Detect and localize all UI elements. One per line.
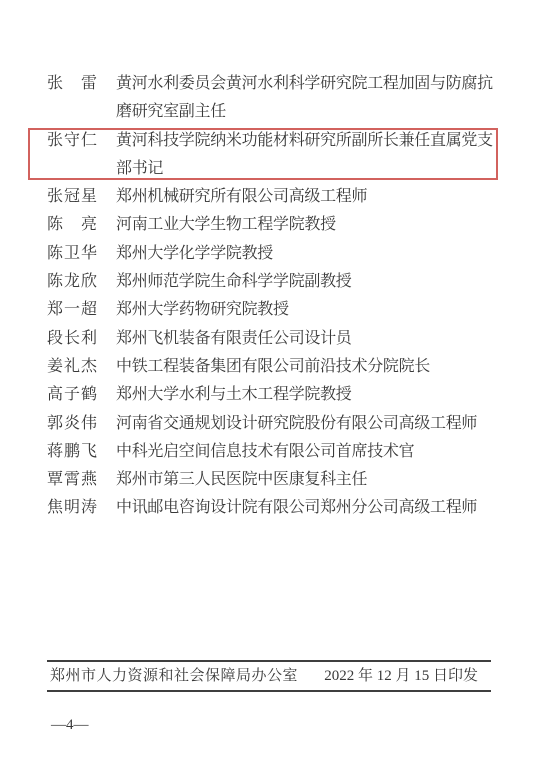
list-item: 段长利 郑州飞机装备有限责任公司设计员 <box>47 325 507 353</box>
name-char: 覃 <box>47 466 63 494</box>
person-name: 陈卫华 <box>47 240 97 268</box>
title-line: 黄河科技学院纳米功能材料研究所副所长兼任直属党支 <box>116 127 493 155</box>
name-char: 伟 <box>81 410 97 438</box>
title-line: 河南省交通规划设计研究院股份有限公司高级工程师 <box>116 410 477 438</box>
title-line: 郑州师范学院生命科学学院副教授 <box>116 268 352 296</box>
name-char: 长 <box>64 325 80 353</box>
name-char: 杰 <box>81 353 97 381</box>
name-char: 超 <box>81 296 97 324</box>
name-char: 守 <box>64 127 80 155</box>
list-item: 张守仁 黄河科技学院纳米功能材料研究所副所长兼任直属党支部书记 <box>47 127 507 184</box>
name-char: 炎 <box>64 410 80 438</box>
list-item: 张雷 黄河水利委员会黄河水利科学研究院工程加固与防腐抗磨研究室副主任 <box>47 70 507 127</box>
name-char: 涛 <box>81 494 97 522</box>
name-char: 华 <box>81 240 97 268</box>
person-title: 郑州师范学院生命科学学院副教授 <box>116 268 352 296</box>
list-item: 蒋鹏飞 中科光启空间信息技术有限公司首席技术官 <box>47 438 507 466</box>
person-title: 黄河科技学院纳米功能材料研究所副所长兼任直属党支部书记 <box>116 127 493 184</box>
name-char: 子 <box>64 381 80 409</box>
person-name: 张冠星 <box>47 183 97 211</box>
name-char: 张 <box>47 127 63 155</box>
person-title: 黄河水利委员会黄河水利科学研究院工程加固与防腐抗磨研究室副主任 <box>116 70 493 127</box>
name-char: 姜 <box>47 353 63 381</box>
title-line: 郑州大学水利与土木工程学院教授 <box>116 381 352 409</box>
person-title: 郑州大学药物研究院教授 <box>116 296 289 324</box>
name-char: 欣 <box>81 268 97 296</box>
person-name: 陈龙欣 <box>47 268 97 296</box>
name-char: 焦 <box>47 494 63 522</box>
document-page: 张雷 黄河水利委员会黄河水利科学研究院工程加固与防腐抗磨研究室副主任 张守仁 黄… <box>0 0 554 766</box>
name-char: 利 <box>81 325 97 353</box>
name-char: 明 <box>64 494 80 522</box>
title-line: 黄河水利委员会黄河水利科学研究院工程加固与防腐抗 <box>116 70 493 98</box>
name-char: 鹤 <box>81 381 97 409</box>
person-title: 郑州机械研究所有限公司高级工程师 <box>116 183 367 211</box>
person-title: 河南工业大学生物工程学院教授 <box>116 211 336 239</box>
list-item: 姜礼杰 中铁工程装备集团有限公司前沿技术分院院长 <box>47 353 507 381</box>
name-char: 亮 <box>81 211 97 239</box>
list-item: 覃霄燕 郑州市第三人民医院中医康复科主任 <box>47 466 507 494</box>
person-name: 郭炎伟 <box>47 410 97 438</box>
footer-rule-bottom <box>47 690 491 692</box>
title-line: 中铁工程装备集团有限公司前沿技术分院院长 <box>116 353 430 381</box>
person-title: 河南省交通规划设计研究院股份有限公司高级工程师 <box>116 410 477 438</box>
footer-print-date: 2022 年 12 月 15 日印发 <box>324 665 478 687</box>
name-char: 雷 <box>81 70 97 98</box>
person-title: 中讯邮电咨询设计院有限公司郑州分公司高级工程师 <box>116 494 477 522</box>
name-char: 陈 <box>47 268 63 296</box>
person-name: 高子鹤 <box>47 381 97 409</box>
list-item: 陈卫华 郑州大学化学学院教授 <box>47 240 507 268</box>
person-title: 郑州大学化学学院教授 <box>116 240 273 268</box>
person-name: 覃霄燕 <box>47 466 97 494</box>
title-line: 中讯邮电咨询设计院有限公司郑州分公司高级工程师 <box>116 494 477 522</box>
name-char: 仁 <box>81 127 97 155</box>
name-char: 飞 <box>81 438 97 466</box>
name-char: 龙 <box>64 268 80 296</box>
name-char: 燕 <box>81 466 97 494</box>
list-item: 张冠星 郑州机械研究所有限公司高级工程师 <box>47 183 507 211</box>
name-char: 郭 <box>47 410 63 438</box>
person-title: 郑州大学水利与土木工程学院教授 <box>116 381 352 409</box>
name-char: 一 <box>64 296 80 324</box>
title-line: 磨研究室副主任 <box>116 98 493 126</box>
name-char: 卫 <box>64 240 80 268</box>
list-item: 郑一超 郑州大学药物研究院教授 <box>47 296 507 324</box>
footer-rule-top <box>47 660 491 662</box>
footer-issuer: 郑州市人力资源和社会保障局办公室 <box>50 665 298 687</box>
title-line: 郑州大学药物研究院教授 <box>116 296 289 324</box>
name-char: 霄 <box>64 466 80 494</box>
person-title: 郑州市第三人民医院中医康复科主任 <box>116 466 367 494</box>
person-name: 焦明涛 <box>47 494 97 522</box>
title-line: 郑州市第三人民医院中医康复科主任 <box>116 466 367 494</box>
page-number: —4— <box>51 715 89 735</box>
list-item: 焦明涛 中讯邮电咨询设计院有限公司郑州分公司高级工程师 <box>47 494 507 522</box>
person-title: 中铁工程装备集团有限公司前沿技术分院院长 <box>116 353 430 381</box>
title-line: 部书记 <box>116 155 493 183</box>
name-char: 段 <box>47 325 63 353</box>
title-line: 河南工业大学生物工程学院教授 <box>116 211 336 239</box>
title-line: 中科光启空间信息技术有限公司首席技术官 <box>116 438 414 466</box>
person-name: 蒋鹏飞 <box>47 438 97 466</box>
person-name: 张雷 <box>47 70 97 98</box>
title-line: 郑州飞机装备有限责任公司设计员 <box>116 325 352 353</box>
name-char: 蒋 <box>47 438 63 466</box>
name-char: 张 <box>47 183 63 211</box>
name-char: 星 <box>81 183 97 211</box>
person-title: 郑州飞机装备有限责任公司设计员 <box>116 325 352 353</box>
title-line: 郑州机械研究所有限公司高级工程师 <box>116 183 367 211</box>
title-line: 郑州大学化学学院教授 <box>116 240 273 268</box>
name-char: 高 <box>47 381 63 409</box>
name-char: 张 <box>47 70 63 98</box>
person-title: 中科光启空间信息技术有限公司首席技术官 <box>116 438 414 466</box>
person-name: 张守仁 <box>47 127 97 155</box>
list-item: 陈亮 河南工业大学生物工程学院教授 <box>47 211 507 239</box>
list-item: 高子鹤 郑州大学水利与土木工程学院教授 <box>47 381 507 409</box>
name-char: 冠 <box>64 183 80 211</box>
person-name: 郑一超 <box>47 296 97 324</box>
name-char: 陈 <box>47 211 63 239</box>
person-name: 陈亮 <box>47 211 97 239</box>
list-item: 陈龙欣 郑州师范学院生命科学学院副教授 <box>47 268 507 296</box>
name-char: 鹏 <box>64 438 80 466</box>
name-char: 郑 <box>47 296 63 324</box>
person-name: 姜礼杰 <box>47 353 97 381</box>
name-char: 礼 <box>64 353 80 381</box>
person-name: 段长利 <box>47 325 97 353</box>
list-item: 郭炎伟 河南省交通规划设计研究院股份有限公司高级工程师 <box>47 410 507 438</box>
personnel-list: 张雷 黄河水利委员会黄河水利科学研究院工程加固与防腐抗磨研究室副主任 张守仁 黄… <box>47 70 507 523</box>
name-char: 陈 <box>47 240 63 268</box>
